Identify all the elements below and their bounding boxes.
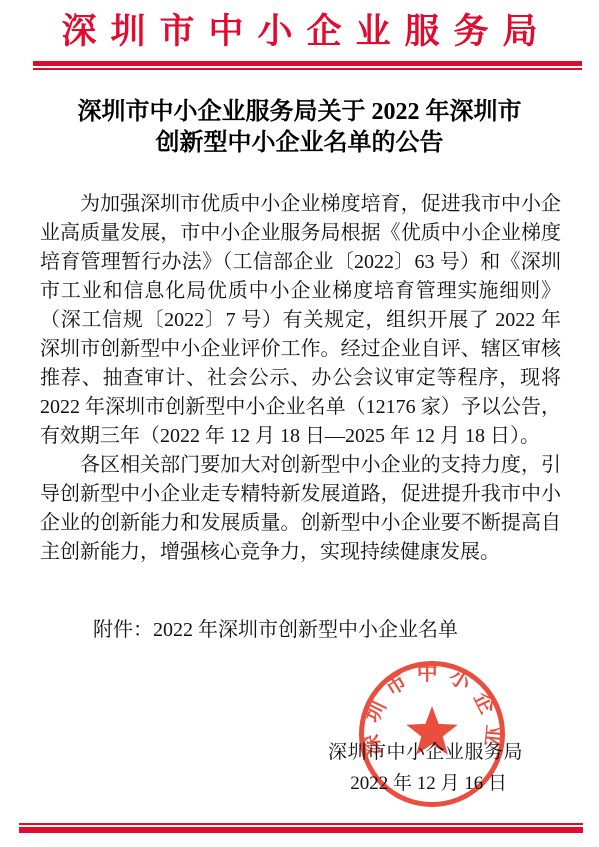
masthead-rule-thin [33,68,582,70]
masthead-agency-name: 深圳市中小企业服务局 [0,13,599,50]
attachment-line: 附件：2022 年深圳市创新型中小企业名单 [93,616,458,645]
masthead-rule-thick [33,61,582,66]
footer-rule-thick [19,827,583,833]
title-line-1: 深圳市中小企业服务局关于 2022 年深圳市 [20,97,579,128]
document-page: 深圳市中小企业服务局 深圳市中小企业服务局关于 2022 年深圳市 创新型中小企… [0,0,599,847]
document-body: 为加强深圳市优质中小企业梯度培育，促进我市中小企业高质量发展，市中小企业服务局根… [40,190,561,567]
signoff-agency: 深圳市中小企业服务局 [328,741,523,765]
body-paragraph-1: 为加强深圳市优质中小企业梯度培育，促进我市中小企业高质量发展，市中小企业服务局根… [40,190,561,451]
document-title: 深圳市中小企业服务局关于 2022 年深圳市 创新型中小企业名单的公告 [20,97,579,159]
signoff-date: 2022 年 12 月 16 日 [350,772,507,796]
title-line-2: 创新型中小企业名单的公告 [20,128,579,159]
body-paragraph-2: 各区相关部门要加大对创新型中小企业的支持力度，引导创新型中小企业走专精特新发展道… [40,451,561,567]
footer-rule-thin [19,823,583,825]
